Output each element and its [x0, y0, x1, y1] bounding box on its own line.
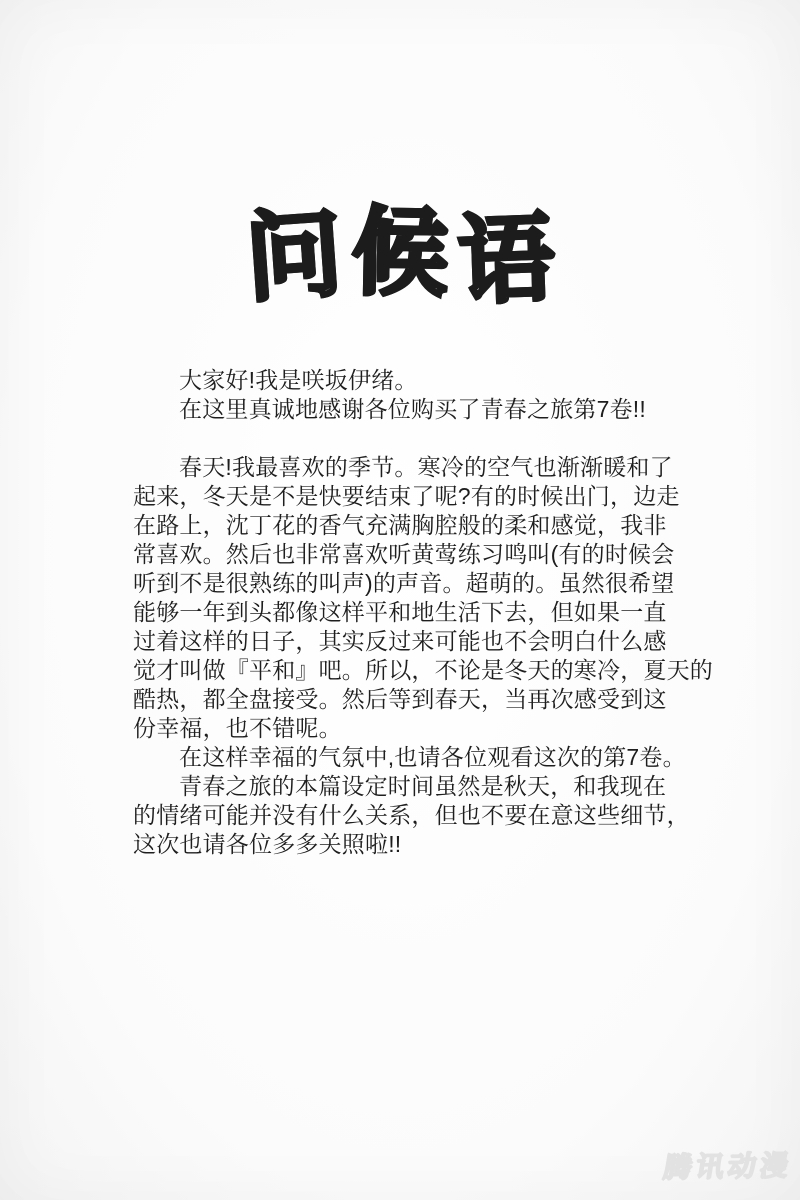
text-line: 常喜欢。然后也非常喜欢听黄莺练习鸣叫(有的时候会	[133, 540, 753, 569]
text-line: 觉才叫做『平和』吧。所以，不论是冬天的寒冷，夏天的	[133, 656, 753, 685]
text-line: 春天!我最喜欢的季节。寒冷的空气也渐渐暖和了	[133, 453, 753, 482]
text-line: 青春之旅的本篇设定时间虽然是秋天，和我现在	[133, 772, 753, 801]
blank-line	[133, 424, 753, 453]
page-title: 问 候 语	[0, 208, 800, 304]
text-line: 这次也请各位多多关照啦!!	[133, 830, 753, 859]
text-line: 听到不是很熟练的叫声)的声音。超萌的。虽然很希望	[133, 569, 753, 598]
title-char-2: 候	[351, 205, 449, 303]
text-line: 在这样幸福的气氛中,也请各位观看这次的第7卷。	[133, 743, 753, 772]
text-line: 在路上，沈丁花的香气充满胸腔般的柔和感觉，我非	[133, 511, 753, 540]
title-char-3: 语	[457, 211, 556, 310]
text-line: 大家好!我是咲坂伊绪。	[133, 366, 753, 395]
tencent-comics-watermark: 腾讯动漫	[661, 1149, 795, 1185]
title-char-1: 问	[242, 206, 344, 308]
text-line: 份幸福，也不错呢。	[133, 714, 753, 743]
manga-afterword-page: 问 候 语 大家好!我是咲坂伊绪。在这里真诚地感谢各位购买了青春之旅第7卷!! …	[0, 0, 800, 1200]
text-line: 起来，冬天是不是快要结束了呢?有的时候出门，边走	[133, 482, 753, 511]
text-line: 能够一年到头都像这样平和地生活下去，但如果一直	[133, 598, 753, 627]
text-line: 过着这样的日子，其实反过来可能也不会明白什么感	[133, 627, 753, 656]
text-line: 的情绪可能并没有什么关系，但也不要在意这些细节，	[133, 801, 753, 830]
body-text: 大家好!我是咲坂伊绪。在这里真诚地感谢各位购买了青春之旅第7卷!! 春天!我最喜…	[133, 366, 753, 859]
text-line: 在这里真诚地感谢各位购买了青春之旅第7卷!!	[133, 395, 753, 424]
text-line: 酷热，都全盘接受。然后等到春天，当再次感受到这	[133, 685, 753, 714]
